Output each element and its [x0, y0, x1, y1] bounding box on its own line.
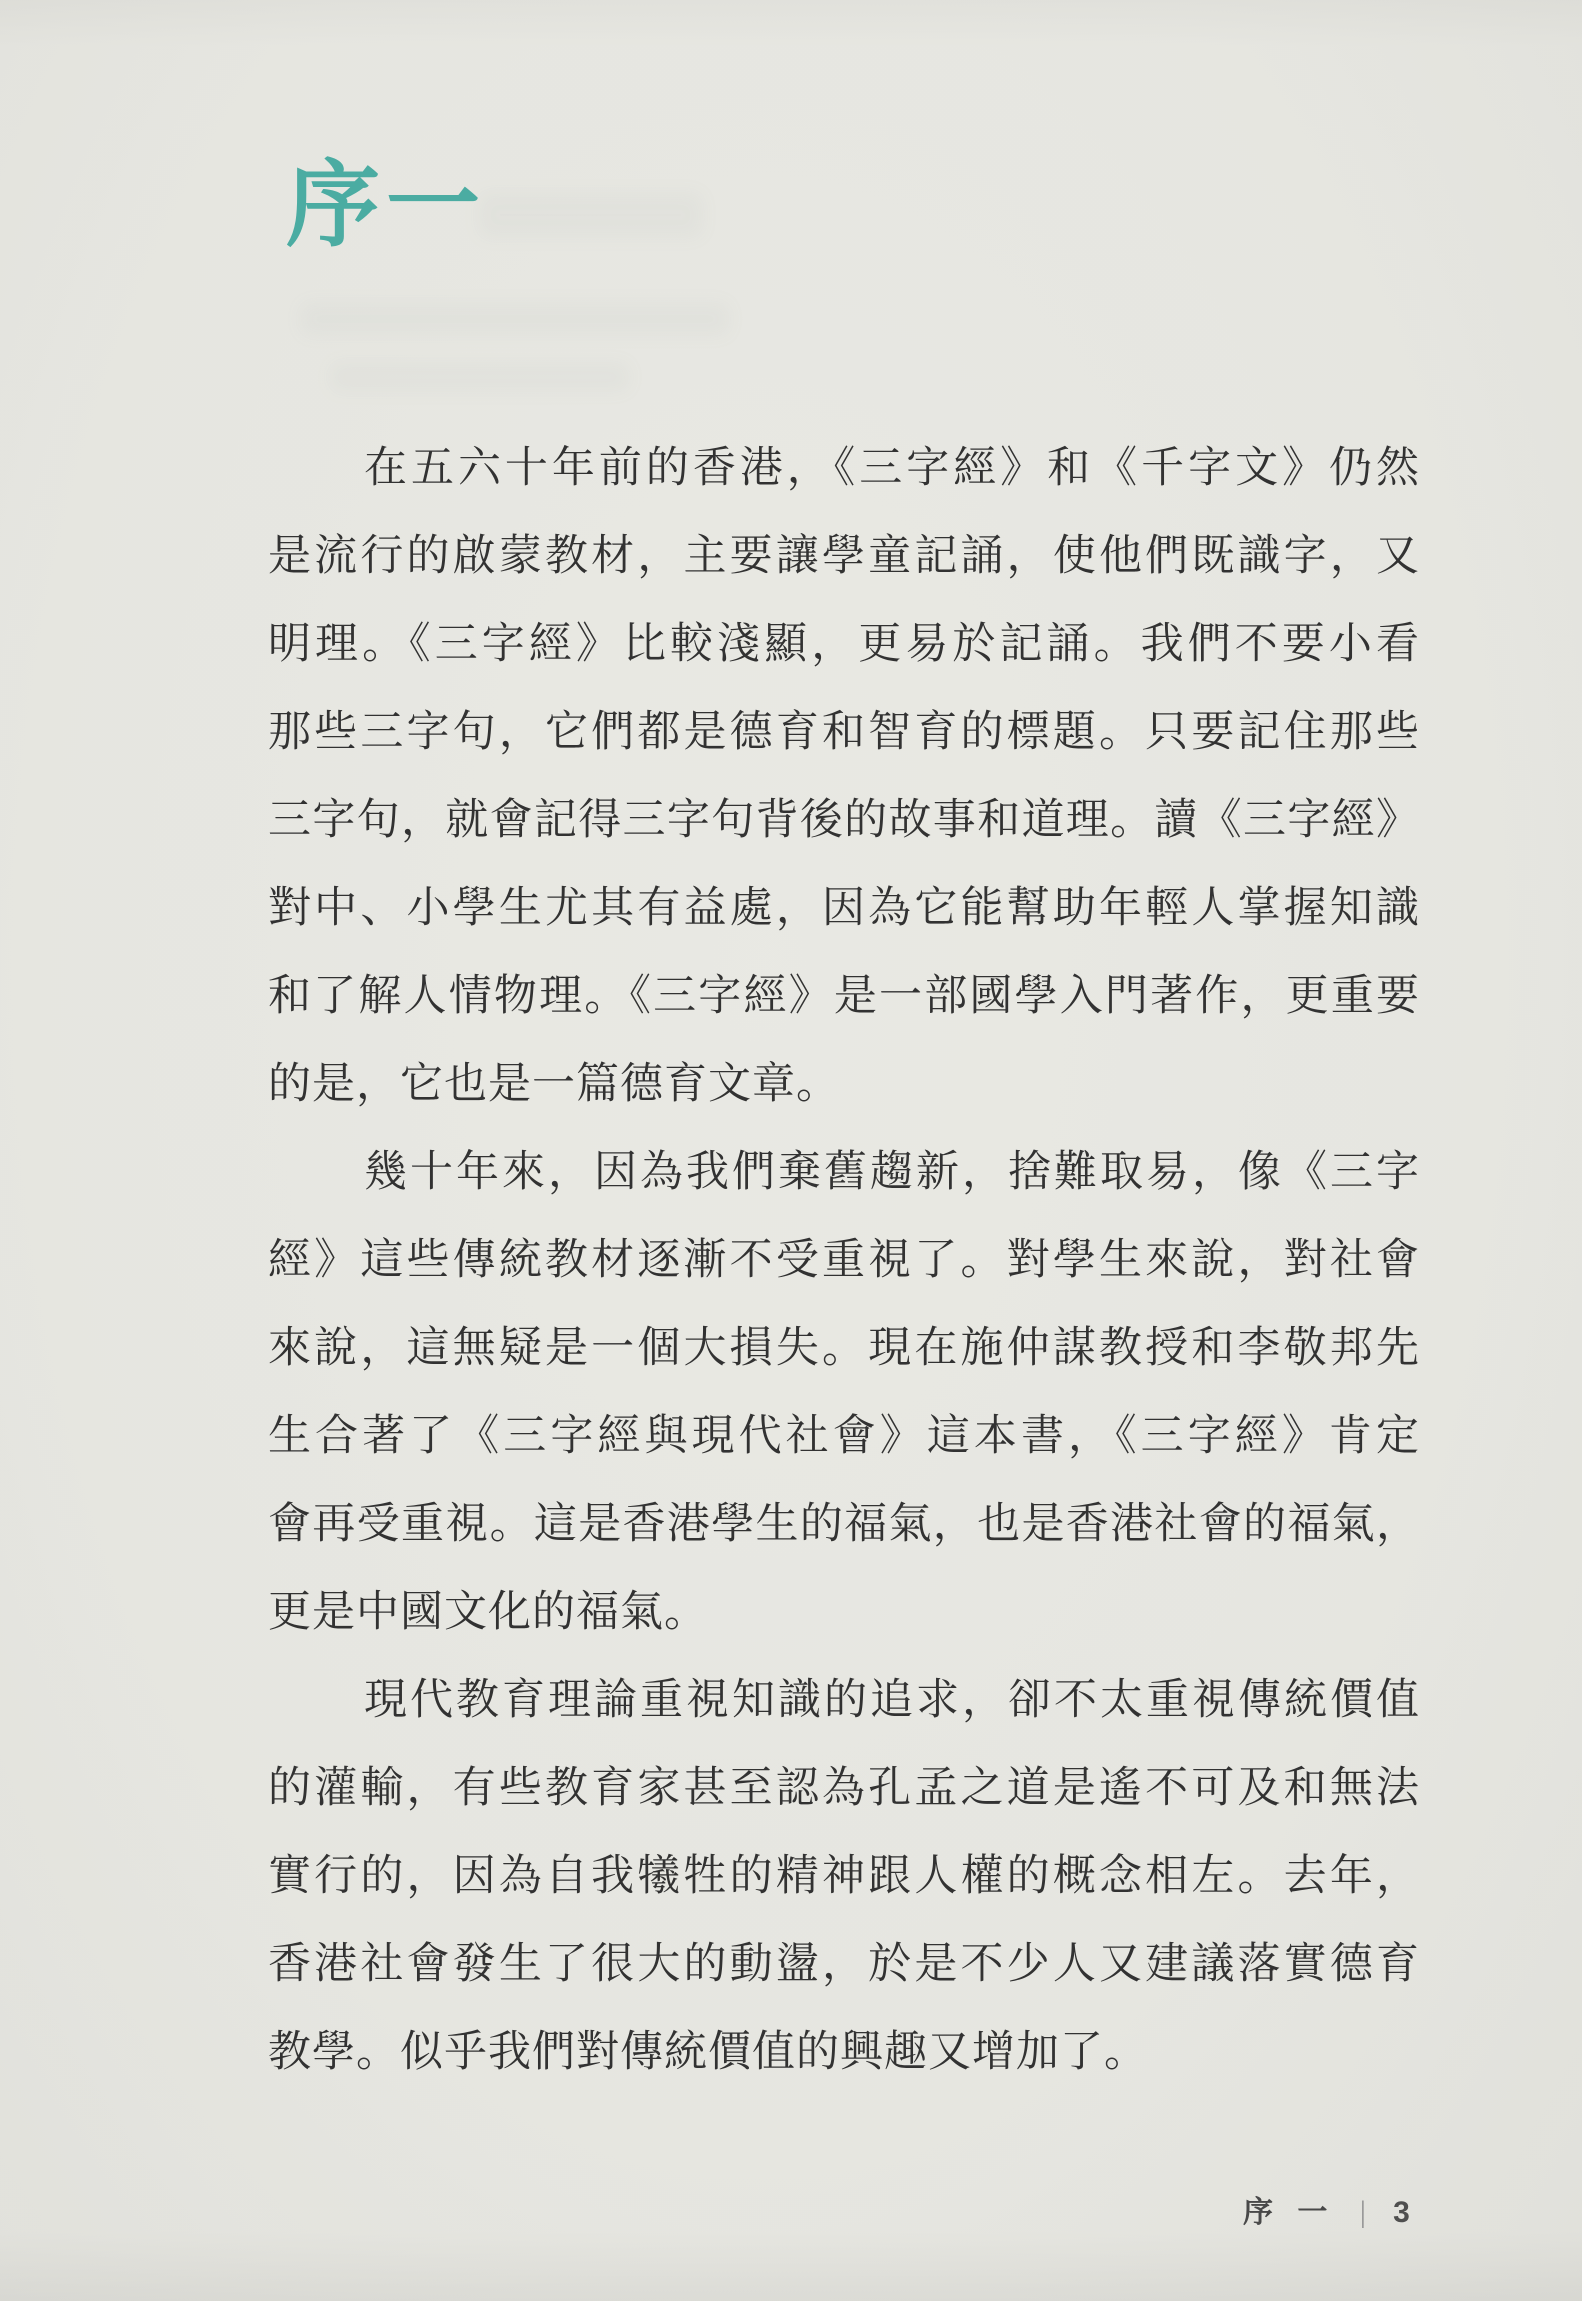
footer-section-label: 序 一 [1243, 2193, 1335, 2233]
footer-page-number: 3 [1393, 2193, 1410, 2233]
text-line: 的是，它也是一篇德育文章。 [268, 1041, 1420, 1129]
text-line: 的灌輸，有些教育家甚至認為孔孟之道是遙不可及和無法 [268, 1745, 1420, 1833]
text-line: 在五六十年前的香港，《三字經》和《千字文》仍然 [268, 425, 1420, 513]
text-line: 經》這些傳統教材逐漸不受重視了。對學生來說，對社會 [268, 1217, 1420, 1305]
page-footer: 序 一 | 3 [1243, 2193, 1410, 2233]
text-line: 實行的，因為自我犧牲的精神跟人權的概念相左。去年， [268, 1833, 1420, 1921]
text-line: 香港社會發生了很大的動盪，於是不少人又建議落實德育 [268, 1921, 1420, 2009]
text-line: 那些三字句，它們都是德育和智育的標題。只要記住那些 [268, 689, 1420, 777]
text-line: 三字句，就會記得三字句背後的故事和道理。讀《三字經》 [268, 777, 1420, 865]
text-line: 會再受重視。這是香港學生的福氣，也是香港社會的福氣， [268, 1481, 1420, 1569]
bleed-through-artifact [300, 302, 730, 336]
text-line: 對中、小學生尤其有益處，因為它能幫助年輕人掌握知識 [268, 865, 1420, 953]
text-line: 現代教育理論重視知識的追求，卻不太重視傳統價值 [268, 1657, 1420, 1745]
text-line: 更是中國文化的福氣。 [268, 1569, 1420, 1657]
text-line: 來說，這無疑是一個大損失。現在施仲謀教授和李敬邦先 [268, 1305, 1420, 1393]
text-line: 教學。似乎我們對傳統價值的興趣又增加了。 [268, 2009, 1420, 2097]
bleed-through-artifact [478, 192, 703, 238]
bleed-through-artifact [330, 362, 630, 392]
footer-divider: | [1361, 2193, 1366, 2233]
text-line: 生合著了《三字經與現代社會》這本書，《三字經》肯定 [268, 1393, 1420, 1481]
page-title: 序一 [286, 152, 486, 257]
text-line: 明理。《三字經》比較淺顯，更易於記誦。我們不要小看 [268, 601, 1420, 689]
book-page-scan: 序一 在五六十年前的香港，《三字經》和《千字文》仍然 是流行的啟蒙教材，主要讓學… [0, 0, 1582, 2301]
body-text: 在五六十年前的香港，《三字經》和《千字文》仍然 是流行的啟蒙教材，主要讓學童記誦… [268, 425, 1420, 2097]
text-line: 幾十年來，因為我們棄舊趨新，捨難取易，像《三字 [268, 1129, 1420, 1217]
text-line: 是流行的啟蒙教材，主要讓學童記誦，使他們既識字，又 [268, 513, 1420, 601]
text-line: 和了解人情物理。《三字經》是一部國學入門著作，更重要 [268, 953, 1420, 1041]
